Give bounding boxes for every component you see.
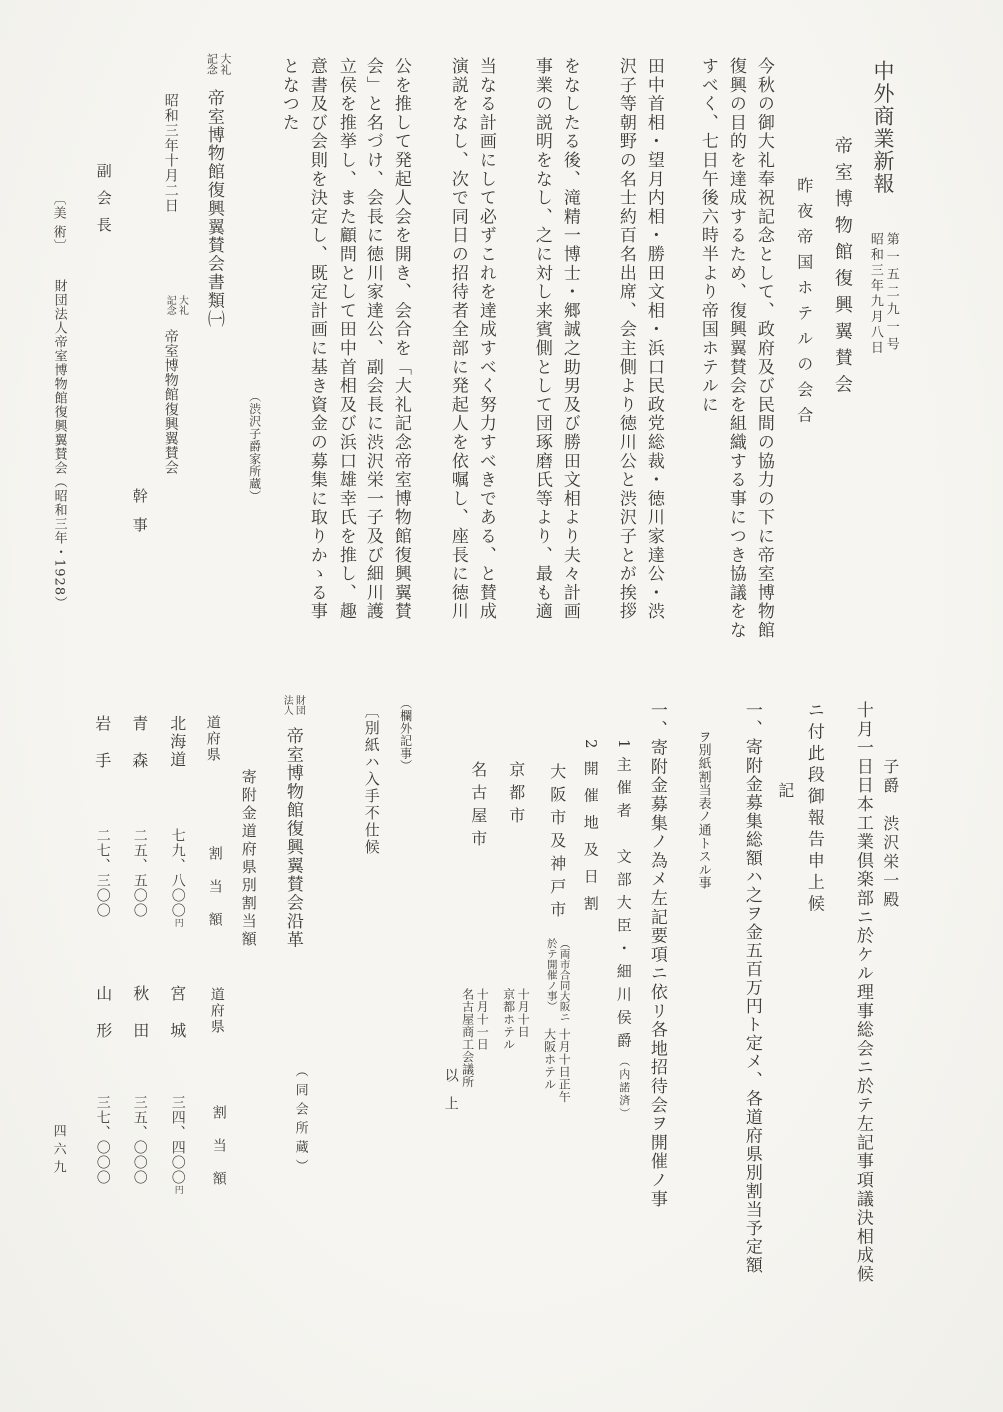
venue-note: （両市合同大阪ニ 於テ開催ノ事）	[545, 938, 571, 1022]
document-title-prefix: 財団 法人	[280, 695, 304, 715]
article-body-column: 立侯を推挙し、また顧問として田中首相及び浜口雄幸氏を推し、趣	[336, 57, 354, 621]
venue-city: 大阪市及神戸市	[548, 763, 565, 924]
venue-place: 名古屋商工会議所	[460, 988, 475, 1088]
article-body-column: すべく、七日午後六時半より帝国ホテルに	[698, 57, 716, 414]
table-cell-amount: 三七、〇〇〇	[95, 1095, 110, 1185]
page-number: 四六九	[51, 1124, 65, 1178]
provenance-note: （渋沢子爵家所蔵）	[248, 390, 261, 503]
table-header-prefecture: 道府県	[205, 715, 220, 763]
venue-place: 大阪ホテル	[542, 1028, 557, 1103]
newspaper-issue-date: 第一五二九一号 昭和三年九月八日	[867, 232, 899, 356]
venue-place: 京都ホテル	[501, 988, 516, 1051]
organizer-note: （内諾済）	[618, 1056, 631, 1121]
article-body-column: 田中首相・望月内相・勝田文相・浜口民政党総裁・徳川家達公・渋	[644, 57, 662, 621]
prefix-line: 財団	[292, 695, 304, 715]
letter-subitem-organizer: 1主催者 文部大臣・細川侯爵（内諾済）	[615, 739, 631, 1121]
article-body-column: 公を推して発起人会を開き、会合を「大礼記念帝室博物館復興翼賛	[391, 57, 409, 621]
scanned-document-page: 中外商業新報 第一五二九一号 昭和三年九月八日 帝室博物館復興翼賛会 昨夜帝国ホ…	[0, 0, 1003, 1412]
issue-number: 第一五二九一号	[883, 232, 899, 356]
amount-value: 三四、四〇〇	[170, 1095, 186, 1185]
amount-value: 二七、三〇〇	[95, 828, 111, 918]
amount-unit: 円	[173, 1185, 183, 1194]
margin-note-label: （欄外記事）	[399, 697, 412, 772]
table-cell-amount: 三五、〇〇〇	[132, 1095, 147, 1185]
source-citation: 財団法人帝室博物館復興翼賛会（昭和三年・1928）	[52, 279, 66, 610]
letter-line: ニ付此段御報告申上候	[804, 701, 822, 916]
article-body-column: 復興の目的を達成するため、復興翼賛会を組織する事につき協議をな	[726, 57, 744, 640]
signatory-role-vicechair: 副会長	[95, 163, 111, 244]
amount-value: 三五、〇〇〇	[132, 1095, 148, 1185]
article-body-column: 演説をなし、次で同日の招待者全部に発起人を依嘱し、座長に徳川	[448, 57, 466, 621]
venue-date: 十月十一日	[475, 988, 490, 1088]
table-cell-prefecture: 岩手	[93, 715, 110, 789]
venue-note-line: （両市合同大阪ニ	[558, 938, 571, 1022]
table-cell-amount: 七九、八〇〇円	[170, 828, 185, 927]
margin-note: 〔別紙ハ入手不仕候	[363, 703, 379, 856]
venue-date-place: 十月十日 京都ホテル	[501, 988, 530, 1051]
table-header-prefecture: 道府県	[209, 987, 224, 1035]
table-cell-amount: 二七、三〇〇	[95, 828, 110, 918]
letter-item: 一、寄附金募集ノ為メ左記要項ニ依リ各地招待会ヲ開催ノ事	[647, 701, 665, 1209]
provenance-note: （同会所蔵）	[293, 1064, 307, 1178]
prefix-line: 記念	[163, 295, 175, 315]
article-heading: 帝室博物館復興翼賛会	[832, 136, 851, 401]
table-cell-prefecture: 青森	[130, 715, 147, 789]
article-subheading: 昨夜帝国ホテルの会合	[795, 177, 812, 432]
letter-recipient: 子爵 渋沢栄一殿	[881, 758, 898, 910]
table-title: 寄附金道府県別割当額	[240, 769, 256, 949]
amount-value: 二五、五〇〇	[132, 828, 148, 918]
document-date: 昭和三年十月二日	[163, 93, 178, 213]
document-title: 帝室博物館復興翼賛会沿革	[283, 727, 301, 949]
letter-closing: 以上	[443, 1068, 458, 1124]
amount-value: 三七、〇〇〇	[95, 1095, 111, 1185]
venue-city: 名古屋市	[469, 761, 486, 853]
prefix-line: 法人	[280, 695, 292, 715]
table-header-amount: 割当額	[207, 846, 222, 945]
newspaper-title: 中外商業新報	[872, 60, 894, 195]
article-body-column: 事業の説明をなし、之に対し来賓側として団琢磨氏等より、最も適	[532, 57, 550, 621]
article-body-column: 今秋の御大礼奉祝記念として、政府及び民間の協力の下に帝室博物館	[754, 57, 772, 640]
table-cell-amount: 三四、四〇〇円	[170, 1095, 185, 1194]
organization-name: 帝室博物館復興翼賛会	[163, 329, 178, 475]
venue-date-place: 十月十日正午 大阪ホテル	[542, 1028, 571, 1103]
amount-value: 七九、八〇〇	[170, 828, 186, 918]
letter-item-continuation: ヲ別紙割当表ノ通トスル事	[696, 730, 710, 890]
issue-date: 昭和三年九月八日	[867, 232, 883, 356]
table-cell-prefecture: 山形	[94, 985, 111, 1059]
source-category-label: 〔美 術〕	[51, 192, 65, 253]
prefix-line: 記念	[205, 53, 218, 75]
organizer-text: 1主催者 文部大臣・細川侯爵	[615, 739, 633, 1056]
article-body-column: 当なる計画にして必ずこれを達成すべく努力すべきである、と賛成	[476, 57, 494, 621]
document-title-prefix: 大礼 記念	[205, 53, 232, 75]
table-header-amount: 割当額	[211, 1105, 226, 1204]
prefix-line: 大礼	[218, 53, 231, 75]
prefix-line: 大礼	[175, 295, 187, 315]
venue-date: 十月十日	[516, 988, 531, 1051]
letter-line: 十月一日日本工業倶楽部ニ於ケル理事総会ニ於テ左記事項議決相成候	[853, 701, 871, 1284]
signatory-role-kanji: 幹事	[131, 488, 147, 546]
table-cell-prefecture: 秋田	[131, 985, 148, 1059]
table-cell-amount: 二五、五〇〇	[132, 828, 147, 918]
venue-date-place: 十月十一日 名古屋商工会議所	[460, 988, 489, 1088]
table-cell-prefecture: 宮城	[168, 985, 185, 1059]
letter-record-marker: 記	[776, 782, 793, 798]
letter-item: 一、寄附金募集総額ハ之ヲ金五百万円ト定メ、各道府県別割当予定額	[742, 701, 760, 1275]
letter-subitem-schedule: 2開催地及日割	[582, 739, 598, 923]
document-title: 帝室博物館復興翼賛会書類㈠	[204, 89, 222, 328]
venue-date: 十月十日正午	[557, 1028, 572, 1103]
table-cell-prefecture: 北海道	[168, 715, 185, 769]
article-body-column: をなしたる後、滝精一博士・郷誠之助男及び勝田文相より夫々計画	[560, 57, 578, 621]
article-body-column: 沢子等朝野の名士約百名出席、会主側より徳川公と渋沢子とが挨拶	[616, 57, 634, 621]
article-body-column: 意書及び会則を決定し、既定計画に基き資金の募集に取りかゝる事	[307, 57, 325, 621]
venue-city: 京都市	[507, 761, 524, 830]
venue-note-line: 於テ開催ノ事）	[545, 938, 558, 1022]
article-body-column: となつた	[279, 57, 297, 132]
amount-unit: 円	[173, 918, 183, 927]
organization-prefix: 大礼 記念	[163, 295, 187, 315]
article-body-column: 会」と名づけ、会長に徳川家達公、副会長に渋沢栄一子及び細川護	[363, 57, 381, 621]
